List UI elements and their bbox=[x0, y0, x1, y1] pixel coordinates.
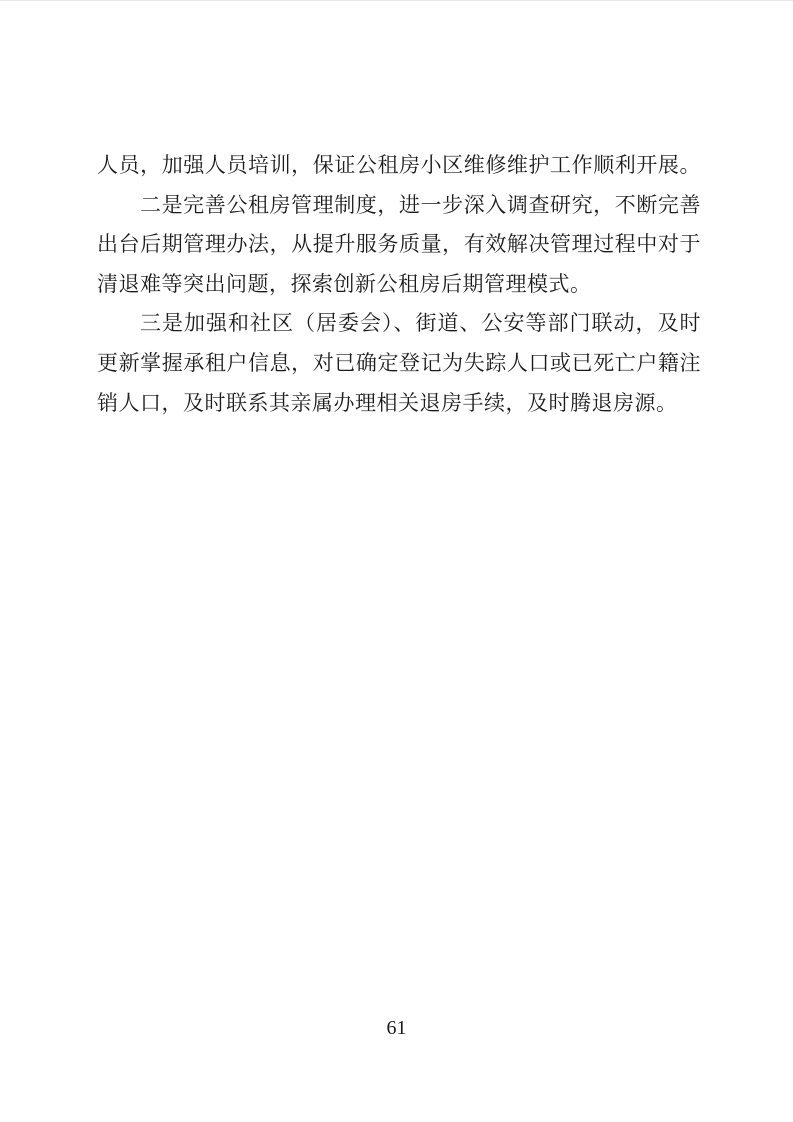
text-line: 二是完善公租房管理制度，进一步深入调查研究，不断完善 bbox=[97, 186, 701, 226]
text-line: 销人口，及时联系其亲属办理相关退房手续，及时腾退房源。 bbox=[97, 384, 701, 424]
text-line: 出台后期管理办法，从提升服务质量，有效解决管理过程中对于 bbox=[97, 225, 701, 265]
text-line: 清退难等突出问题，探索创新公租房后期管理模式。 bbox=[97, 265, 701, 305]
body-text: 人员，加强人员培训，保证公租房小区维修维护工作顺利开展。二是完善公租房管理制度，… bbox=[97, 146, 701, 423]
text-line: 人员，加强人员培训，保证公租房小区维修维护工作顺利开展。 bbox=[97, 146, 701, 186]
document-page: 人员，加强人员培训，保证公租房小区维修维护工作顺利开展。二是完善公租房管理制度，… bbox=[0, 0, 793, 1122]
text-line: 三是加强和社区（居委会）、街道、公安等部门联动，及时 bbox=[97, 304, 701, 344]
page-number: 61 bbox=[0, 1017, 793, 1040]
text-line: 更新掌握承租户信息，对已确定登记为失踪人口或已死亡户籍注 bbox=[97, 344, 701, 384]
